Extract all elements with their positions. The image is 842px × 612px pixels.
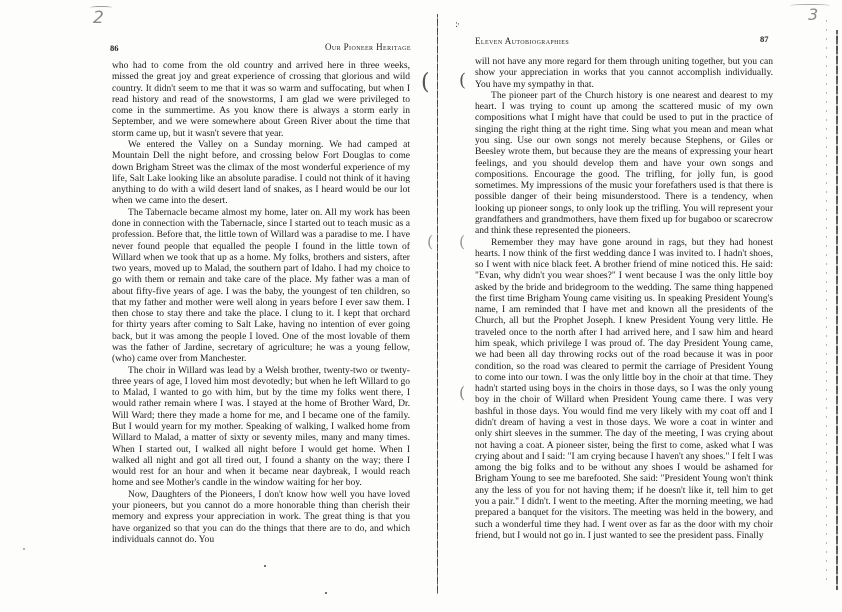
page-edge-right [836,30,838,590]
page-number-right: 87 [760,34,769,44]
handwritten-page-mark-right: 3 [808,5,818,24]
page-number-left: 86 [110,43,119,53]
left-page: 2 86 Our Pioneer Heritage who had to com… [0,0,421,612]
running-head-left: Our Pioneer Heritage [305,42,411,52]
handwritten-page-mark-left: 2 [93,8,104,28]
left-page-body: who had to come from the old country and… [112,60,410,545]
scan-speck [264,565,266,567]
scan-speck [23,548,25,550]
paragraph: will not have any more regard for them t… [475,56,773,90]
paragraph: Now, Daughters of the Pioneers, I don't … [112,489,410,545]
scan-artifact-bracket: ( [459,232,465,251]
right-page-body: will not have any more regard for them t… [475,56,773,541]
paragraph: Remember they may have gone around in ra… [475,237,773,542]
scan-artifact-bracket: ( [459,70,466,91]
paragraph: The pioneer part of the Church history i… [475,90,773,237]
book-spread: 2 86 Our Pioneer Heritage who had to com… [0,0,842,612]
paragraph: The Tabernacle became almost my home, la… [112,207,410,365]
scan-speck [325,592,327,594]
right-page: 3 Eleven Autobiographies 87 will not hav… [421,0,842,612]
paragraph: The choir in Willard was lead by a Welsh… [112,365,410,489]
page-edge-shadow [826,20,827,580]
paragraph: We entered the Valley on a Sunday mornin… [112,139,410,207]
running-head-right: Eleven Autobiographies [475,36,569,46]
scan-artifact-bracket: ( [459,383,465,402]
paragraph: who had to come from the old country and… [112,60,410,139]
